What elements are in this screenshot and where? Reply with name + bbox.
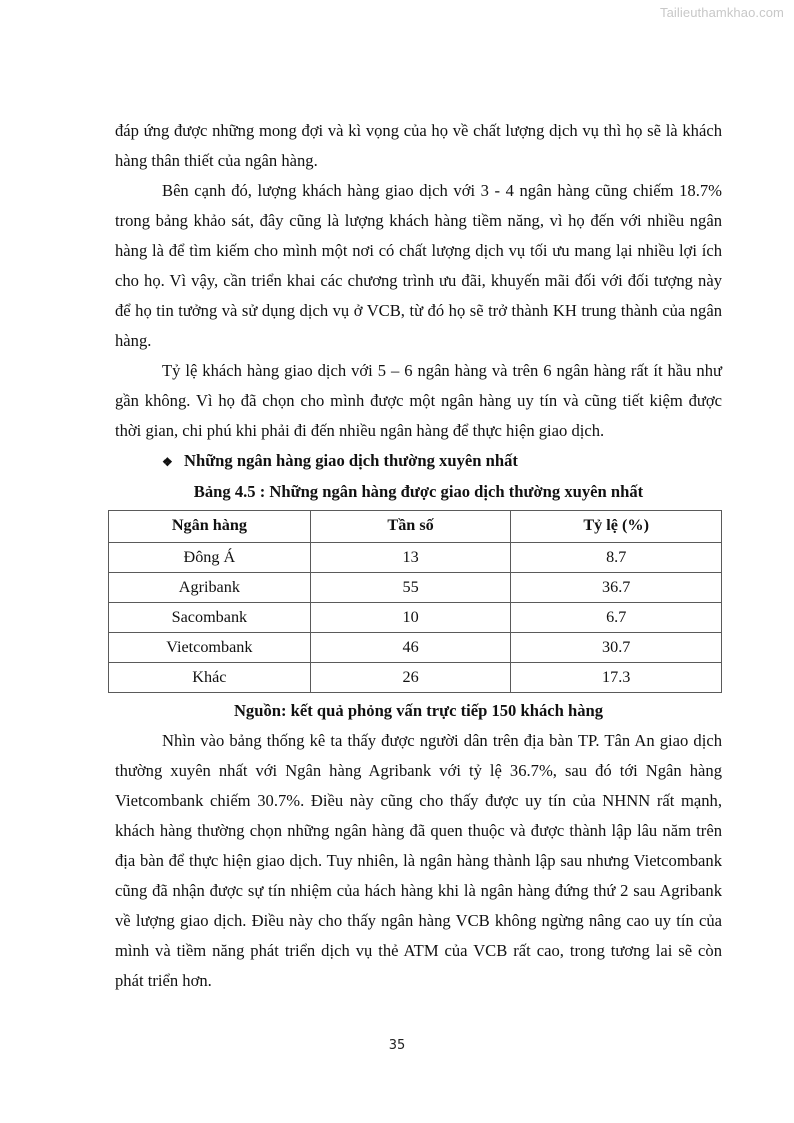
header-percentage: Tỷ lệ (%) xyxy=(511,511,722,543)
table-row: Agribank 55 36.7 xyxy=(109,573,722,603)
header-bank: Ngân hàng xyxy=(109,511,311,543)
banks-table: Ngân hàng Tần số Tỷ lệ (%) Đông Á 13 8.7… xyxy=(108,510,722,693)
cell-frequency: 55 xyxy=(310,573,511,603)
table-row: Vietcombank 46 30.7 xyxy=(109,633,722,663)
cell-frequency: 46 xyxy=(310,633,511,663)
cell-bank: Sacombank xyxy=(109,603,311,633)
cell-percentage: 6.7 xyxy=(511,603,722,633)
header-frequency: Tần số xyxy=(310,511,511,543)
cell-percentage: 8.7 xyxy=(511,543,722,573)
cell-frequency: 10 xyxy=(310,603,511,633)
cell-percentage: 30.7 xyxy=(511,633,722,663)
section-heading: ❖Những ngân hàng giao dịch thường xuyên … xyxy=(115,446,722,477)
table-caption: Bảng 4.5 : Những ngân hàng được giao dịc… xyxy=(115,477,722,507)
table-row: Sacombank 10 6.7 xyxy=(109,603,722,633)
cell-frequency: 26 xyxy=(310,663,511,693)
table-row: Đông Á 13 8.7 xyxy=(109,543,722,573)
watermark: Tailieuthamkhao.com xyxy=(660,5,784,20)
page-number: 35 xyxy=(0,1038,794,1053)
section-heading-text: Những ngân hàng giao dịch thường xuyên n… xyxy=(184,451,518,470)
table-row: Khác 26 17.3 xyxy=(109,663,722,693)
cell-bank: Vietcombank xyxy=(109,633,311,663)
cell-bank: Agribank xyxy=(109,573,311,603)
cell-bank: Khác xyxy=(109,663,311,693)
cell-percentage: 17.3 xyxy=(511,663,722,693)
cell-percentage: 36.7 xyxy=(511,573,722,603)
cell-frequency: 13 xyxy=(310,543,511,573)
table-header-row: Ngân hàng Tần số Tỷ lệ (%) xyxy=(109,511,722,543)
cell-bank: Đông Á xyxy=(109,543,311,573)
table-source: Nguồn: kết quả phỏng vấn trực tiếp 150 k… xyxy=(115,696,722,726)
diamond-bullet-icon: ❖ xyxy=(162,447,184,477)
paragraph-3: Tỷ lệ khách hàng giao dịch với 5 – 6 ngâ… xyxy=(115,356,722,446)
page-content: đáp ứng được những mong đợi và kì vọng c… xyxy=(115,116,722,996)
paragraph-1: đáp ứng được những mong đợi và kì vọng c… xyxy=(115,116,722,176)
paragraph-4: Nhìn vào bảng thống kê ta thấy được ngườ… xyxy=(115,726,722,996)
paragraph-2: Bên cạnh đó, lượng khách hàng giao dịch … xyxy=(115,176,722,356)
